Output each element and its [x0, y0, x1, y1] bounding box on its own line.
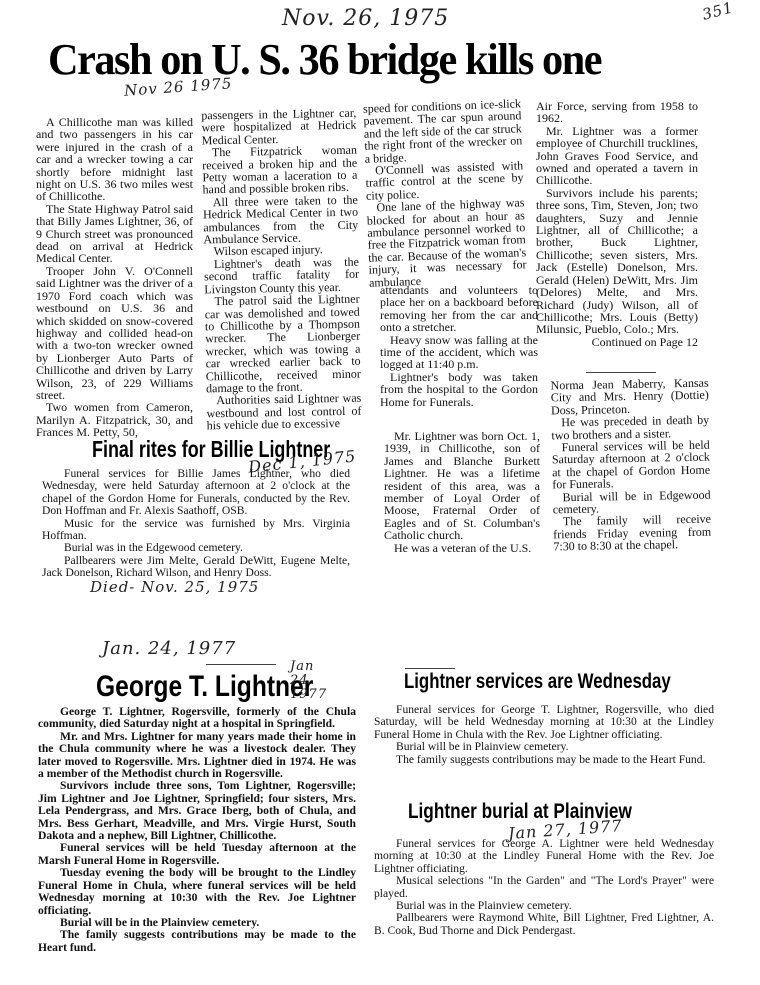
article5-body: Funeral services for George A. Lightner … [374, 838, 714, 937]
divider [405, 668, 455, 669]
paragraph: Funeral services for Billie James Lightn… [42, 468, 350, 518]
paragraph: Musical selections "In the Garden" and "… [374, 875, 714, 900]
paragraph: Tuesday evening the body will be brought… [38, 867, 356, 917]
article1-lower-mid: Mr. Lightner was born Oct. 1, 1939, in C… [384, 430, 540, 554]
article2-body: Funeral services for Billie James Lightn… [42, 468, 350, 580]
paragraph: Burial will be in Plainview cemetery. [374, 741, 714, 753]
paragraph: The family suggests contributions may be… [38, 929, 356, 954]
paragraph: Survivors include three sons, Tom Lightn… [38, 780, 356, 842]
paragraph: The Fitzpatrick woman received a broken … [202, 144, 358, 196]
article1-column-3: speed for conditions on ice-slick paveme… [363, 97, 527, 288]
paragraph: Heavy snow was falling at the time of th… [380, 334, 538, 371]
handwritten-date-george-alt: Jan 24 1977 [290, 660, 334, 702]
paragraph: The patrol said the Lightner car was dem… [204, 293, 361, 395]
paragraph: Two women from Cameron, Marilyn A. Fitzp… [36, 401, 193, 438]
paragraph: The family will receive friends Friday e… [553, 513, 712, 553]
article1-column-3-continued: attendants and volunteers to place her o… [380, 284, 538, 408]
paragraph: Funeral services for George T. Lightner,… [374, 704, 714, 741]
paragraph: George T. Lightner, Rogersville, formerl… [38, 706, 356, 731]
divider [586, 372, 656, 373]
article1-headline: Crash on U. S. 36 bridge kills one [48, 34, 601, 85]
article4-headline: Lightner services are Wednesday [404, 670, 671, 694]
paragraph: Mr. Lightner was a former employee of Ch… [536, 125, 698, 187]
paragraph: The State Highway Patrol said that Billy… [36, 203, 193, 265]
handwritten-corner-mark: 351 [700, 0, 735, 24]
paragraph: Pallbearers were Jim Melte, Gerald DeWit… [42, 555, 350, 580]
article3-body: George T. Lightner, Rogersville, formerl… [38, 706, 356, 954]
paragraph: Trooper John V. O'Connell said Lightner … [36, 265, 193, 401]
paragraph: speed for conditions on ice-slick paveme… [363, 97, 523, 165]
article1-column-1: A Chillicothe man was killed and two pas… [36, 116, 193, 439]
handwritten-died-note: Died- Nov. 25, 1975 [90, 578, 259, 596]
paragraph: One lane of the highway was blocked for … [366, 196, 527, 288]
paragraph: Pallbearers were Raymond White, Bill Lig… [374, 912, 714, 937]
paragraph: Lightner's body was taken from the hospi… [380, 371, 538, 408]
continued-on-page: Continued on Page 12 [536, 336, 698, 348]
paragraph: Mr. Lightner was born Oct. 1, 1939, in C… [384, 430, 540, 542]
handwritten-date-george: Jan. 24, 1977 [102, 638, 236, 659]
handwritten-date-top: Nov. 26, 1975 [282, 6, 449, 31]
paragraph: Mr. and Mrs. Lightner for many years mad… [38, 731, 356, 781]
paragraph: Funeral services will be held Tuesday af… [38, 842, 356, 867]
paragraph: Air Force, serving from 1958 to 1962. [536, 100, 698, 125]
paragraph: Survivors include his parents; three son… [536, 187, 698, 336]
paragraph: attendants and volunteers to place her o… [380, 284, 538, 334]
paragraph: All three were taken to the Hedrick Medi… [203, 194, 359, 246]
paragraph: The family suggests contributions may be… [374, 754, 714, 766]
paragraph: passengers in the Lightner car, were hos… [201, 107, 357, 147]
paragraph: He was a veteran of the U.S. [384, 542, 540, 554]
paragraph: Music for the service was furnished by M… [42, 518, 350, 543]
paragraph: Burial was in the Edgewood cemetery. [42, 542, 350, 554]
article1-column-2: passengers in the Lightner car, were hos… [201, 107, 362, 432]
article1-lower-right: Norma Jean Maberry, Kansas City and Mrs.… [550, 377, 711, 553]
paragraph: Authorities said Lightner was westbound … [206, 392, 362, 432]
paragraph: Norma Jean Maberry, Kansas City and Mrs.… [550, 377, 709, 417]
paragraph: Funeral services for George A. Lightner … [374, 838, 714, 875]
article1-column-4: Air Force, serving from 1958 to 1962. Mr… [536, 100, 698, 348]
paragraph: A Chillicothe man was killed and two pas… [36, 116, 193, 203]
article3-headline: George T. Lightner [96, 670, 313, 704]
article4-body: Funeral services for George T. Lightner,… [374, 704, 714, 766]
paragraph: Funeral services will be held Saturday a… [552, 439, 711, 491]
paragraph: Lightner's death was the second traffic … [204, 256, 360, 296]
divider [206, 664, 276, 665]
